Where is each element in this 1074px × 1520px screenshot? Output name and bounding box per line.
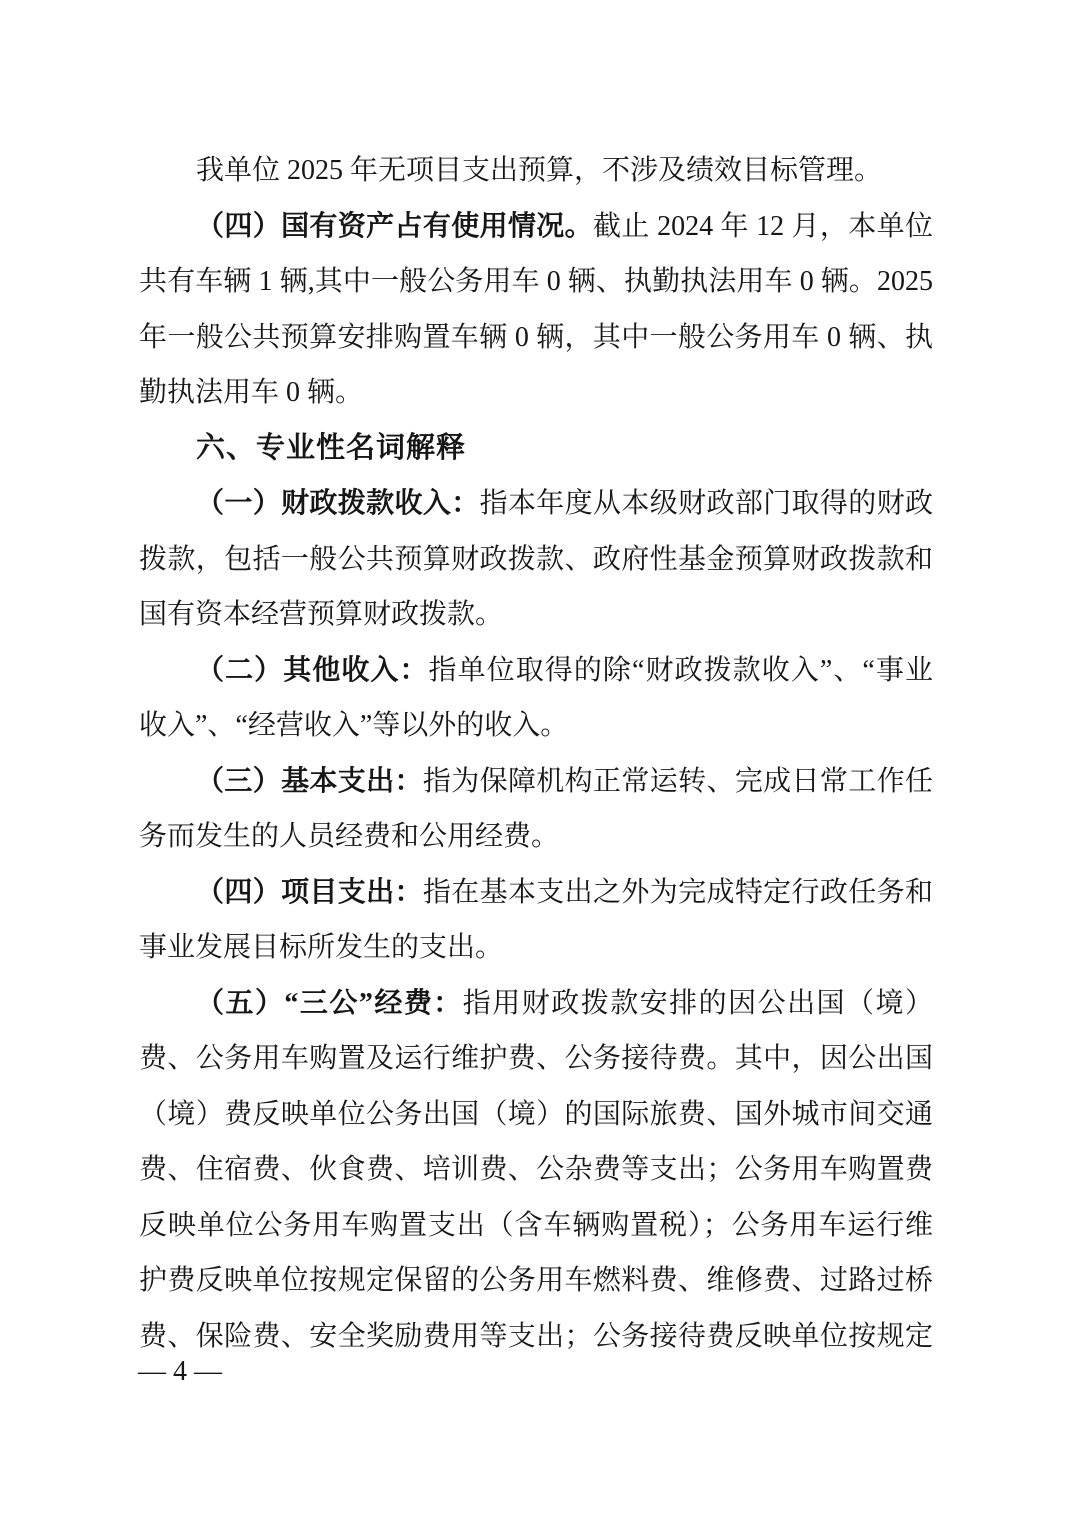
text-segment: 费、保险费、安全奖励费用等支出；公务接待费反映单位按规定 [139, 1321, 933, 1352]
text-segment: 事业发展目标所发生的支出。 [139, 932, 503, 963]
text-segment: 收入”、“经营收入”等以外的收入。 [139, 710, 568, 741]
text-segment: 指用财政拨款安排的因公出国（境） [463, 988, 933, 1019]
text-line: 共有车辆 1 辆,其中一般公务用车 0 辆、执勤执法用车 0 辆。2025 [139, 254, 933, 310]
document-body: 我单位 2025 年无项目支出预算，不涉及绩效目标管理。（四）国有资产占有使用情… [139, 143, 933, 1364]
text-line: 我单位 2025 年无项目支出预算，不涉及绩效目标管理。 [139, 143, 933, 199]
text-segment: 费、住宿费、伙食费、培训费、公杂费等支出；公务用车购置费 [139, 1154, 933, 1185]
text-segment: 护费反映单位按规定保留的公务用车燃料费、维修费、过路过桥 [139, 1265, 933, 1296]
text-segment: 反映单位公务用车购置支出（含车辆购置税）；公务用车运行维 [139, 1210, 933, 1241]
text-line: 费、保险费、安全奖励费用等支出；公务接待费反映单位按规定 [139, 1309, 933, 1365]
text-line: （四）国有资产占有使用情况。截止 2024 年 12 月，本单位 [139, 199, 933, 255]
term-label: （三）基本支出： [196, 766, 423, 797]
text-segment: 截止 2024 年 12 月，本单位 [593, 211, 933, 242]
text-line: （二）其他收入：指单位取得的除“财政拨款收入”、“事业 [139, 643, 933, 699]
text-segment: 指为保障机构正常运转、完成日常工作任 [423, 766, 933, 797]
text-line: （五）“三公”经费：指用财政拨款安排的因公出国（境） [139, 976, 933, 1032]
text-segment: 费、公务用车购置及运行维护费、公务接待费。其中，因公出国 [139, 1043, 933, 1074]
text-segment: 年一般公共预算安排购置车辆 0 辆，其中一般公务用车 0 辆、执 [139, 322, 933, 353]
text-line: 拨款，包括一般公共预算财政拨款、政府性基金预算财政拨款和 [139, 532, 933, 588]
text-line: （三）基本支出：指为保障机构正常运转、完成日常工作任 [139, 754, 933, 810]
text-line: （四）项目支出：指在基本支出之外为完成特定行政任务和 [139, 865, 933, 921]
term-label: （五）“三公”经费： [196, 988, 463, 1019]
text-line: 收入”、“经营收入”等以外的收入。 [139, 698, 933, 754]
page-number: — 4 — [138, 1354, 222, 1390]
text-segment: 共有车辆 1 辆,其中一般公务用车 0 辆、执勤执法用车 0 辆。2025 [139, 266, 933, 297]
term-label: （四）国有资产占有使用情况。 [196, 211, 593, 242]
term-label: （四）项目支出： [196, 877, 423, 908]
text-line: （境）费反映单位公务出国（境）的国际旅费、国外城市间交通 [139, 1087, 933, 1143]
text-line: 国有资本经营预算财政拨款。 [139, 587, 933, 643]
text-line: （一）财政拨款收入：指本年度从本级财政部门取得的财政 [139, 476, 933, 532]
text-line: 事业发展目标所发生的支出。 [139, 920, 933, 976]
text-segment: 国有资本经营预算财政拨款。 [139, 599, 503, 630]
text-segment: 拨款，包括一般公共预算财政拨款、政府性基金预算财政拨款和 [139, 544, 933, 575]
text-segment: 我单位 2025 年无项目支出预算，不涉及绩效目标管理。 [196, 155, 882, 186]
term-label: （一）财政拨款收入： [196, 488, 480, 519]
text-segment: 指本年度从本级财政部门取得的财政 [480, 488, 933, 519]
text-line: 年一般公共预算安排购置车辆 0 辆，其中一般公务用车 0 辆、执 [139, 310, 933, 366]
text-line: 勤执法用车 0 辆。 [139, 365, 933, 421]
text-line: 反映单位公务用车购置支出（含车辆购置税）；公务用车运行维 [139, 1198, 933, 1254]
text-segment: 务而发生的人员经费和公用经费。 [139, 821, 559, 852]
section-heading: 六、专业性名词解释 [139, 421, 933, 477]
text-line: 费、住宿费、伙食费、培训费、公杂费等支出；公务用车购置费 [139, 1142, 933, 1198]
document-page: 我单位 2025 年无项目支出预算，不涉及绩效目标管理。（四）国有资产占有使用情… [0, 0, 1074, 1520]
text-line: 护费反映单位按规定保留的公务用车燃料费、维修费、过路过桥 [139, 1253, 933, 1309]
text-segment: 勤执法用车 0 辆。 [139, 377, 363, 408]
text-segment: （境）费反映单位公务出国（境）的国际旅费、国外城市间交通 [139, 1099, 933, 1130]
text-line: 费、公务用车购置及运行维护费、公务接待费。其中，因公出国 [139, 1031, 933, 1087]
text-segment: 指单位取得的除“财政拨款收入”、“事业 [429, 655, 933, 686]
term-label: （二）其他收入： [196, 655, 429, 686]
text-segment: 指在基本支出之外为完成特定行政任务和 [423, 877, 933, 908]
term-label: 六、专业性名词解释 [196, 432, 466, 464]
text-line: 务而发生的人员经费和公用经费。 [139, 809, 933, 865]
